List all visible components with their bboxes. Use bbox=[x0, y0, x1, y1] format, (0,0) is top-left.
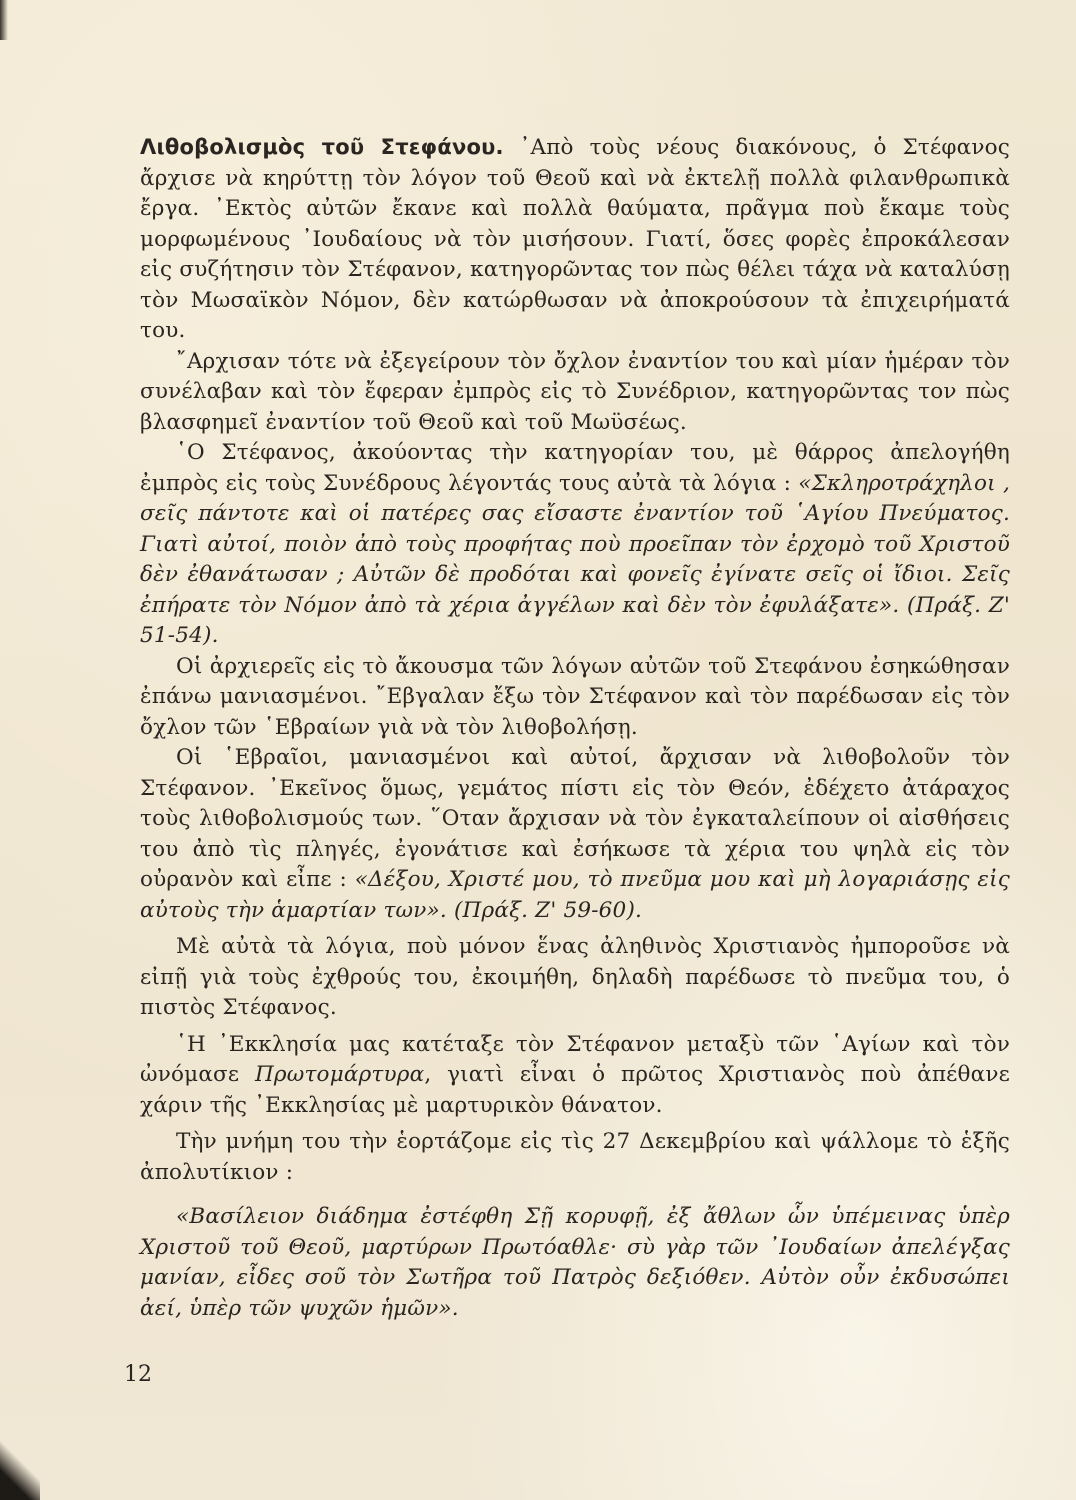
paragraph-4: Οἱ ἀρχιερεῖς εἰς τὸ ἄκουσμα τῶν λόγων αὐ… bbox=[140, 652, 1010, 744]
apolytikion-hymn: «Βασίλειον διάδημα ἐστέφθη Σῇ κορυφῇ, ἐξ… bbox=[140, 1202, 1010, 1324]
paragraph-8: Τὴν μνήμη του τὴν ἑορτάζομε εἰς τὶς 27 Δ… bbox=[140, 1127, 1010, 1188]
page-edge-shadow bbox=[0, 0, 8, 40]
paragraph-5: Οἱ ῾Εβραῖοι, μανιασμένοι καὶ αὐτοί, ἄρχι… bbox=[140, 743, 1010, 926]
paragraph-1: Λιθοβολισμὸς τοῦ Στεφάνου. ᾿Απὸ τοὺς νέο… bbox=[140, 132, 1010, 347]
page-number: 12 bbox=[124, 1362, 152, 1387]
paragraph-7: ῾Η ᾿Εκκλησία μας κατέταξε τὸν Στέφανον μ… bbox=[140, 1030, 1010, 1122]
paragraph-1-text: ᾿Απὸ τοὺς νέους διακόνους, ὁ Στέφανος ἄρ… bbox=[140, 135, 1010, 343]
paragraph-2: ῎Αρχισαν τότε νὰ ἐξεγείρουν τὸν ὄχλον ἐν… bbox=[140, 347, 1010, 439]
stephen-speech-quote: «Σκληροτράχηλοι , σεῖς πάντοτε καὶ οἱ πα… bbox=[140, 471, 1010, 649]
paragraph-3: ῾Ο Στέφανος, ἀκούοντας τὴν κατηγορίαν το… bbox=[140, 438, 1010, 652]
book-page: Λιθοβολισμὸς τοῦ Στεφάνου. ᾿Απὸ τοὺς νέο… bbox=[0, 0, 1076, 1500]
protomartyr-term: Πρωτομάρτυρα bbox=[255, 1062, 424, 1087]
page-body: Λιθοβολισμὸς τοῦ Στεφάνου. ᾿Απὸ τοὺς νέο… bbox=[140, 132, 1010, 1324]
section-heading: Λιθοβολισμὸς τοῦ Στεφάνου. bbox=[140, 135, 504, 159]
page-corner-shadow bbox=[0, 1440, 40, 1500]
paragraph-6: Μὲ αὐτὰ τὰ λόγια, ποὺ μόνον ἕνας ἀληθινὸ… bbox=[140, 932, 1010, 1024]
